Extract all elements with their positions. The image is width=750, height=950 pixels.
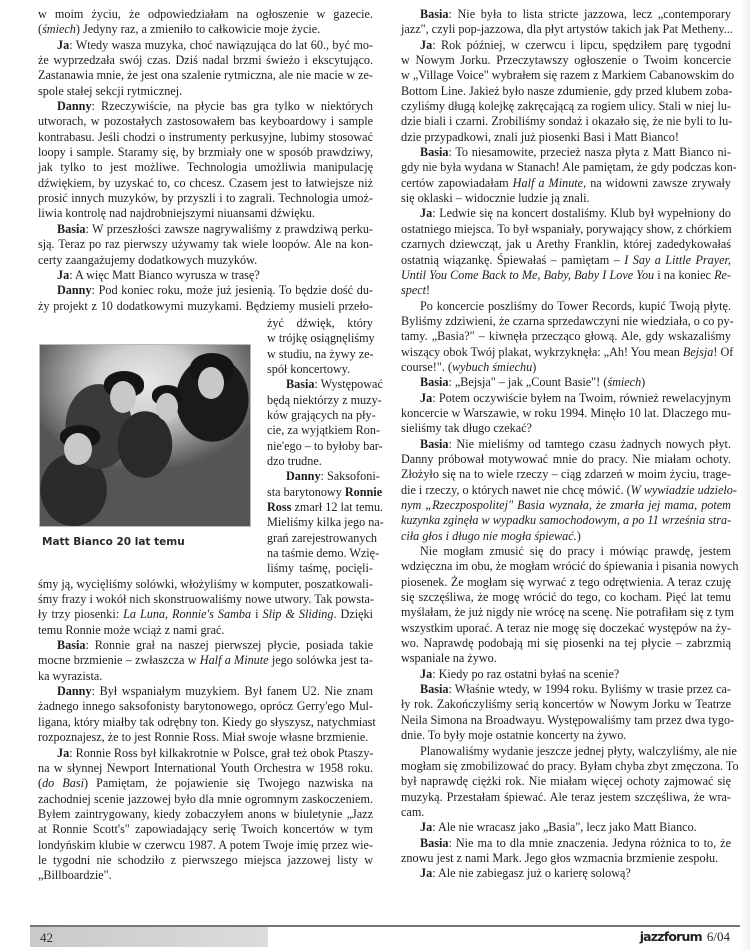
- text-line: dzie przypadkowi, znali już piosenki Bas…: [401, 130, 731, 145]
- text-line: Basia: Ronnie grał na naszej pierwszej p…: [38, 638, 373, 653]
- text-line: Basia: To niesamowite, przecież nasza pł…: [401, 145, 731, 160]
- text-line: (śmiech) Jedyny raz, a zmieniło to całko…: [38, 22, 373, 37]
- text-line: wspaniale na żywo.: [401, 651, 731, 666]
- text-line: Danny: Rzeczywiście, na płycie bas gra t…: [38, 99, 373, 114]
- text-line: zachodniej scenie jazzowej było dla mnie…: [38, 792, 373, 807]
- text-line: śmy ją, wycięliśmy solówki, włożyliśmy w…: [38, 577, 373, 592]
- text-line: nym „Rzeczpospolitej" Basia wyznała, że …: [401, 498, 731, 513]
- text-line: utworach, w pozostałych zastosowałem bas…: [38, 114, 373, 129]
- text-line: w Nowym Jorku. Przeczytawszy ogłoszenie …: [401, 53, 731, 68]
- text-line: Neila Simona na Broadwayu. Występowaliśm…: [401, 713, 731, 728]
- text-line: Basia: Właśnie wtedy, w 1994 roku. Byliś…: [401, 682, 731, 697]
- left-column-text-bottom: śmy ją, wycięliśmy solówki, włożyliśmy w…: [38, 577, 373, 884]
- text-line: Ja: Potem oczywiście byłem na Twoim, rów…: [401, 391, 731, 406]
- text-line: cam.: [401, 805, 731, 820]
- text-line: Until You Come Back to Me, Baby, Baby I …: [401, 268, 731, 283]
- text-line: ków grających na pły-: [267, 408, 373, 423]
- text-line: le tygodni nie schodziło z pierwszego mi…: [38, 853, 373, 868]
- text-line: mogłam się zmobilizować do pracy. Byłam …: [401, 759, 731, 774]
- right-column: Basia: Nie była to lista stricte jazzowa…: [401, 7, 731, 882]
- text-line: Danny: Pod koniec roku, może już jesieni…: [38, 283, 373, 298]
- text-line: na taśmie demo. Wzię-: [267, 546, 373, 561]
- text-line: znowu jest z nami Mark. Jego głos wzmacn…: [401, 851, 731, 866]
- text-line: cie, za wyjątkiem Ron-: [267, 423, 373, 438]
- text-line: kontrabasu. Jeśli chodzi o instrumenty p…: [38, 130, 373, 145]
- text-line: Ja: Kiedy po raz ostatni byłaś na scenie…: [401, 667, 731, 682]
- text-line: „Billboardzie".: [38, 868, 373, 883]
- text-line: liśmy taśmę, pocięli-: [267, 561, 373, 576]
- text-line: mocne brzmienie – zwłaszcza w Half a Min…: [38, 653, 373, 668]
- text-line: Ross zmarł 12 lat temu.: [267, 500, 373, 515]
- photo-figure: [198, 367, 224, 399]
- text-line: Danny: Saksofoni-: [267, 469, 373, 484]
- left-column-text-top: w moim życiu, że odpowiedziałam na ogłos…: [38, 7, 373, 314]
- magazine-page: w moim życiu, że odpowiedziałam na ogłos…: [0, 0, 750, 950]
- text-line: sją. Teraz po raz pierwszy używamy tak w…: [38, 237, 373, 252]
- text-line: że wyprzedzała swój czas. Dziś nadal brz…: [38, 53, 373, 68]
- text-line: ostatnią wiązankę. Śpiewałaś – pamiętam …: [401, 253, 731, 268]
- text-line: wszystkim uporać. A teraz nie mogę się d…: [401, 621, 731, 636]
- text-line: tamy. „Basia?" – kiwnęła przecząco głową…: [401, 329, 731, 344]
- text-line: sieliśmy tak długo czekać?: [401, 421, 731, 436]
- text-line: Ja: Wtedy wasza muzyka, choć nawiązująca…: [38, 38, 373, 53]
- text-line: piosenek. Że mogłam się wyrwać z tego od…: [401, 575, 731, 590]
- text-line: dzie biali i czarni. Zrobiliśmy sondaż i…: [401, 114, 731, 129]
- text-line: dźwiękiem, by uzyskać to, co chcesz. Cza…: [38, 176, 373, 191]
- text-line: Byliśmy zdziwieni, że czarna sprzedawczy…: [401, 314, 731, 329]
- text-line: Danny: Był wspaniałym muzykiem. Był fane…: [38, 684, 373, 699]
- text-line: w trójkę osiągnęliśmy: [267, 331, 373, 346]
- text-line: ligana, który miałby tak odrębny ton. Ki…: [38, 715, 373, 730]
- text-line: dnie. To były moje ostatnie koncerty na …: [401, 728, 731, 743]
- text-line: czyliśmy długą kolejkę zakręcającą za ro…: [401, 99, 731, 114]
- text-line: ży projekt z 10 dodatkowymi muzykami. Bę…: [38, 299, 373, 314]
- text-line: Zastanawia mnie, że jest ona szalenie ry…: [38, 68, 373, 83]
- text-line: żyć dźwięk, który: [267, 316, 373, 331]
- text-line: at Ronnie Scott's" zapowiadający serię T…: [38, 822, 373, 837]
- jazzforum-logo: jazzforum: [640, 929, 702, 944]
- text-line: w „Village Voice" wybrałem się razem z M…: [401, 68, 731, 83]
- text-line: Basia: Występować: [267, 377, 373, 392]
- text-line: grań zarejestrowanych: [267, 531, 373, 546]
- text-line: Ja: A więc Matt Bianco wyrusza w trasę?: [38, 268, 373, 283]
- text-line: ka wyrazista.: [38, 669, 373, 684]
- text-line: w studiu, na żywy ze-: [267, 347, 373, 362]
- text-line: rozpoznajesz, że to jest Ronnie Ross. Mi…: [38, 730, 373, 745]
- text-line: Basia: Nie ma to dla mnie znaczenia. Jed…: [401, 836, 731, 851]
- text-line: spole stałej sekcji rytmicznej.: [38, 84, 373, 99]
- text-line: Basia: Nie była to lista stricte jazzowa…: [401, 7, 731, 22]
- text-line: gdy nie była wydana w Stanach! Ale pamię…: [401, 160, 731, 175]
- band-photo: [39, 344, 251, 527]
- text-line: Ja: Ronnie Ross był kilkakrotnie w Polsc…: [38, 746, 373, 761]
- text-line: Basia: Nie mieliśmy od tamtego czasu żad…: [401, 437, 731, 452]
- text-line: Ja: Ledwie się na koncert dostaliśmy. Kl…: [401, 206, 731, 221]
- text-line: nie'ego – to byłoby bar-: [267, 439, 373, 454]
- text-line: prosić innych muzyków, by przyszli i to …: [38, 191, 373, 206]
- text-line: kuzynka zginęła w wypadku samochodowym, …: [401, 513, 731, 528]
- text-line: Złożyło się na to wiele rzeczy – ciąg zd…: [401, 467, 731, 482]
- text-line: żadnego innego saksofonisty barytonowego…: [38, 699, 373, 714]
- text-line: na w słynnej Newport International Youth…: [38, 761, 373, 776]
- text-line: temu Ronnie może wciąż z nami grać.: [38, 623, 373, 638]
- text-line: Po koncercie poszliśmy do Tower Records,…: [401, 299, 731, 314]
- text-line: ciła głos i długo nie mogła śpiewać.): [401, 529, 731, 544]
- text-line: Ja: Rok później, w czerwcu i lipcu, spęd…: [401, 38, 731, 53]
- text-line: londyńskim klubie w czerwcu 1987. A pote…: [38, 838, 373, 853]
- text-line: Planowaliśmy wydanie jeszcze jednej płyt…: [401, 744, 731, 759]
- text-line: die i rzeczy, o których nawet nie chcę m…: [401, 483, 731, 498]
- text-line: wo. Naprawdę podobają mi się piosenki na…: [401, 636, 731, 651]
- text-line: Danny próbował motywować mnie do pracy. …: [401, 452, 731, 467]
- text-line: będą niektórzy z muzy-: [267, 393, 373, 408]
- text-line: ły trzy piosenki: La Luna, Ronnie's Samb…: [38, 607, 373, 622]
- text-line: certy zaangażujemy dodatkowych muzyków.: [38, 253, 373, 268]
- text-line: certów zapowiadałam Half a Minute, na wi…: [401, 176, 731, 191]
- text-line: loopy i sample. Staramy się, by brzmiały…: [38, 145, 373, 160]
- text-line: Ja: Ale nie zabiegasz już o karierę solo…: [401, 866, 731, 881]
- text-line: się oklaski – widocznie ludzie ją znali.: [401, 191, 731, 206]
- text-line: jak tylko to jest możliwe. Technologia u…: [38, 160, 373, 175]
- text-line: się szczęśliwa, że mogę wrócić do tego, …: [401, 590, 731, 605]
- text-line: ostatniego miejsca. To był wspaniały, po…: [401, 222, 731, 237]
- text-line: spół koncertowy.: [267, 362, 373, 377]
- text-line: wdzięczna im obu, że mogłam wrócić do śp…: [401, 559, 731, 574]
- text-line: Byłem zaintrygowany, kiedy zobaczyłem an…: [38, 807, 373, 822]
- right-column-text: Basia: Nie była to lista stricte jazzowa…: [401, 7, 731, 882]
- text-line: wiszący obok Twój plakat, wykrzyknęła: „…: [401, 345, 731, 360]
- photo-figure: [156, 393, 178, 421]
- photo-figure: [64, 433, 92, 465]
- text-line: Ja: Ale nie wracasz jako „Basia", lecz j…: [401, 820, 731, 835]
- text-line: spect!: [401, 283, 731, 298]
- text-line: course!". (wybuch śmiechu): [401, 360, 731, 375]
- text-line: jazz", czyli pop-jazzowa, dla płyt artys…: [401, 22, 731, 37]
- text-line: liwia kontrolę nad najdrobniejszymi niua…: [38, 206, 373, 221]
- text-line: był naprawdę ciężki rok. Nie miałam więc…: [401, 774, 731, 789]
- page-edge-shadow: [740, 0, 750, 950]
- text-line: czarnych dziewcząt, jak u Arethy Frankli…: [401, 237, 731, 252]
- text-line: Mieliśmy kilka jego na-: [267, 515, 373, 530]
- text-line: sta barytonowy Ronnie: [267, 485, 373, 500]
- photo-figure: [110, 381, 136, 413]
- text-line: Nie mogłam zmusić się do pracy i mówiąc …: [401, 544, 731, 559]
- text-line: Bottom Line. Jakież było nasze zdumienie…: [401, 84, 731, 99]
- text-line: myślałam, że już nigdy nie wrócę na scen…: [401, 605, 731, 620]
- footer-band: [30, 927, 268, 947]
- text-line: Basia: W przeszłości zawsze nagrywaliśmy…: [38, 222, 373, 237]
- text-line: śmy frazy i wokół nich skonstruowaliśmy …: [38, 592, 373, 607]
- issue-number: 6/04: [707, 929, 730, 944]
- text-line: dzo trudne.: [267, 454, 373, 469]
- text-line: koncercie w Warszawie, w roku 1994. Minę…: [401, 406, 731, 421]
- photo-caption: Matt Bianco 20 lat temu: [42, 536, 185, 548]
- left-column-text-beside-photo: żyć dźwięk, któryw trójkę osiągnęliśmyw …: [267, 316, 373, 577]
- text-line: ły rok. Zakończyliśmy serią koncertów w …: [401, 697, 731, 712]
- text-line: (do Basi) Pamiętam, że pojawienie się Tw…: [38, 776, 373, 791]
- page-number: 42: [40, 930, 53, 946]
- text-line: Basia: „Bejsja" – jak „Count Basie"! (śm…: [401, 375, 731, 390]
- footer-brand: jazzforum6/04: [640, 929, 730, 945]
- text-line: w moim życiu, że odpowiedziałam na ogłos…: [38, 7, 373, 22]
- text-line: muzyką. Przestałam śpiewać. Ale teraz je…: [401, 790, 731, 805]
